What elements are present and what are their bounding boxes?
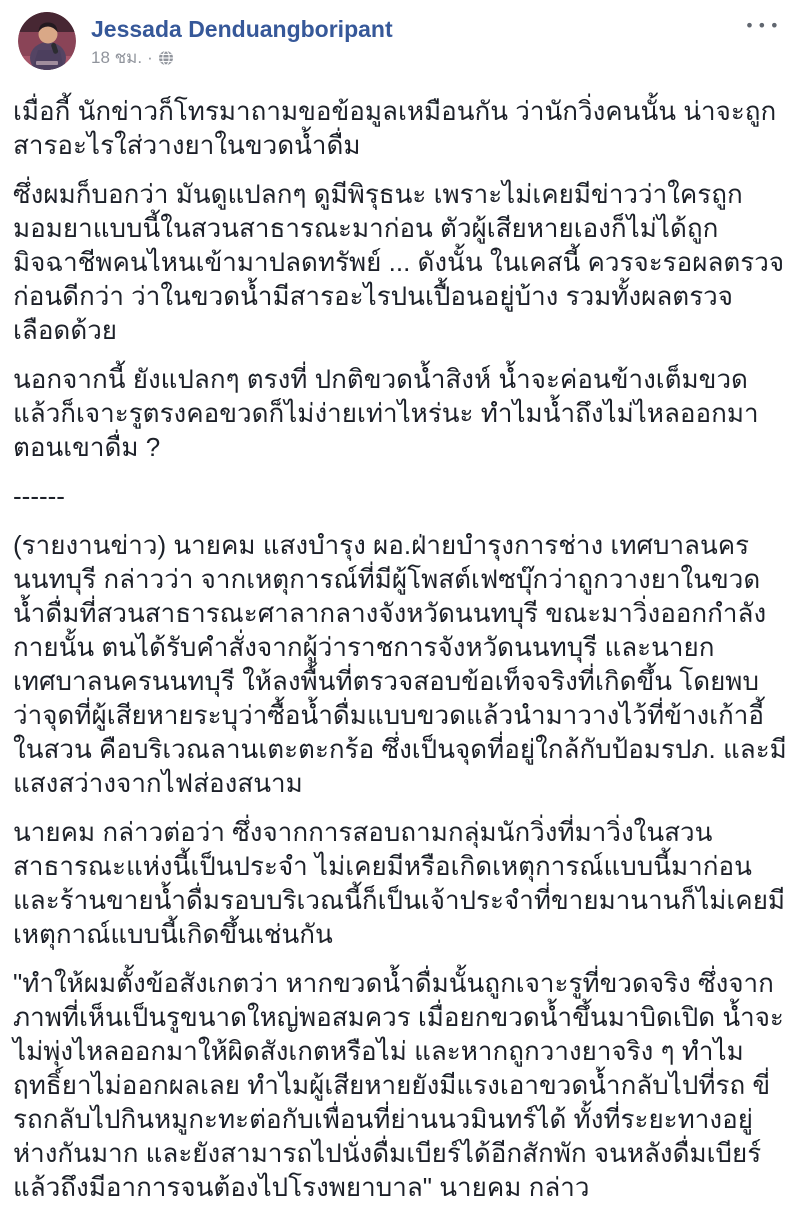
more-options-icon[interactable]: •••: [743, 14, 784, 38]
post-paragraph: นอกจากนี้ ยังแปลกๆ ตรงที่ ปกติขวดน้ำสิงห…: [13, 362, 788, 464]
timestamp[interactable]: 18 ชม.: [91, 48, 142, 68]
post-paragraph: "ทำให้ผมตั้งข้อสังเกตว่า หากขวดน้ำดื่มนั…: [13, 966, 788, 1204]
post-paragraph: ------: [13, 479, 788, 513]
meta-separator: ·: [147, 48, 153, 68]
post-paragraph: ซึ่งผมก็บอกว่า มันดูแปลกๆ ดูมีพิรุธนะ เพ…: [13, 177, 788, 347]
post-body-text: เมื่อกี้ นักข่าวก็โทรมาถามขอข้อมูลเหมือน…: [0, 70, 800, 1210]
author-name-link[interactable]: Jessada Denduangboripant: [91, 15, 393, 43]
header-text: Jessada Denduangboripant 18 ชม. ·: [91, 12, 393, 68]
post-paragraph: เมื่อกี้ นักข่าวก็โทรมาถามขอข้อมูลเหมือน…: [13, 94, 788, 162]
post-paragraph: (รายงานข่าว) นายคม แสงบำรุง ผอ.ฝ่ายบำรุง…: [13, 528, 788, 800]
avatar[interactable]: [18, 12, 76, 70]
avatar-photo: [18, 12, 76, 70]
globe-icon: [158, 50, 174, 66]
post-paragraph: นายคม กล่าวต่อว่า ซึ่งจากการสอบถามกลุ่มน…: [13, 815, 788, 951]
post-header: Jessada Denduangboripant 18 ชม. · •••: [0, 0, 800, 70]
post-meta: 18 ชม. ·: [91, 48, 393, 68]
facebook-post: Jessada Denduangboripant 18 ชม. · ••• เม…: [0, 0, 800, 1210]
